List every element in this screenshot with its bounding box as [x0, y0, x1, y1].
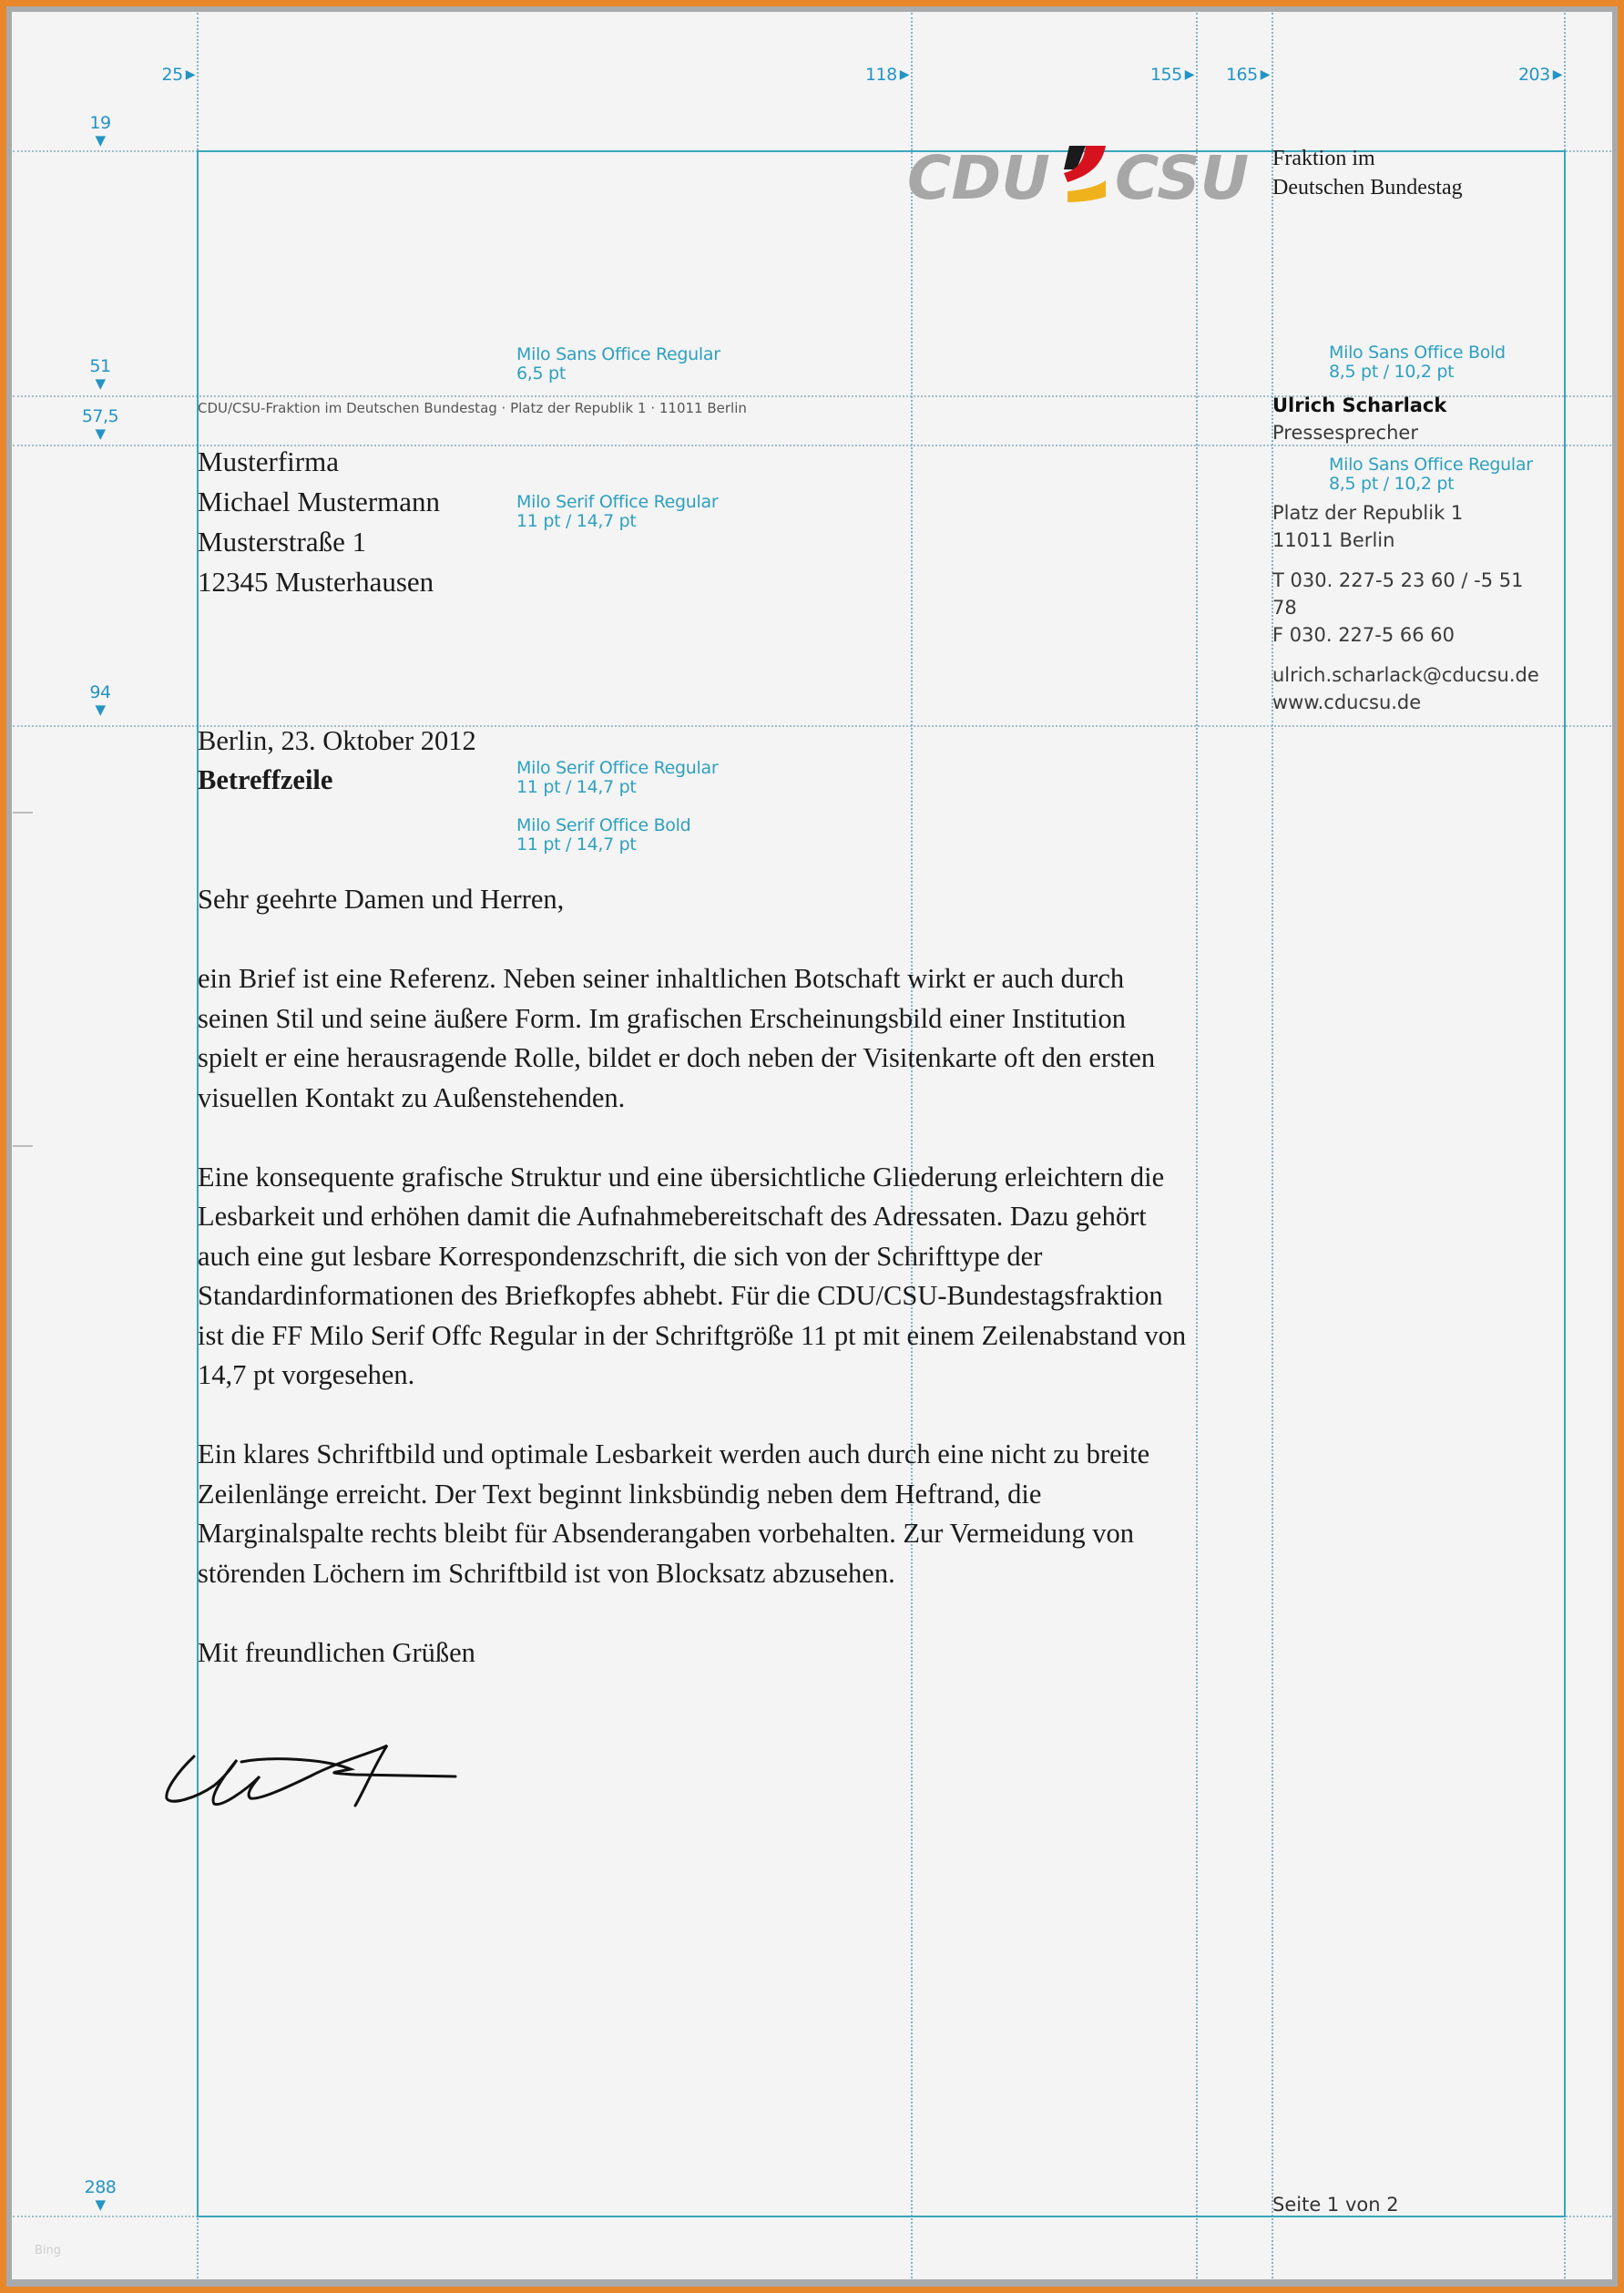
sender-return-address: CDU/CSU-Fraktion im Deutschen Bundestag …: [198, 400, 747, 416]
sender-name: Ulrich Scharlack: [1272, 392, 1546, 419]
recipient-name: Michael Mustermann: [198, 482, 440, 522]
logo-csu-text: CSU: [1115, 144, 1249, 208]
fold-mark-1: [13, 812, 33, 814]
recipient-company: Musterfirma: [198, 442, 440, 482]
ruler-label-165: 165▶: [1199, 67, 1270, 84]
fold-mark-2: [13, 1145, 33, 1147]
closing: Mit freundlichen Grüßen: [198, 1633, 1190, 1674]
ruler-label-155: 155▶: [1123, 67, 1194, 84]
ruler-label-94: 94▼: [73, 684, 128, 717]
body-paragraph-1: ein Brief ist eine Referenz. Neben seine…: [198, 959, 1190, 1118]
arrow-down-icon: ▼: [73, 134, 128, 148]
recipient-street: Musterstraße 1: [198, 522, 440, 562]
body-paragraph-3: Ein klares Schriftbild und optimale Lesb…: [198, 1435, 1190, 1593]
arrow-down-icon: ▼: [73, 377, 128, 391]
ruler-label-288: 288▼: [73, 2179, 128, 2212]
sender-role: Pressesprecher: [1272, 419, 1546, 446]
sender-email[interactable]: ulrich.scharlack@cducsu.de: [1272, 661, 1546, 689]
signature: [159, 1740, 469, 1822]
ruler-label-118: 118▶: [838, 67, 909, 84]
ruler-label-51: 51▼: [73, 358, 128, 391]
arrow-right-icon: ▶: [1261, 68, 1270, 81]
ruler-label-203: 203▶: [1491, 67, 1562, 84]
sender-sidebar: Ulrich Scharlack Pressesprecher Platz de…: [1272, 392, 1546, 716]
sender-website[interactable]: www.cducsu.de: [1272, 689, 1546, 716]
salutation: Sehr geehrte Damen und Herren,: [198, 880, 1190, 920]
ruler-label-57-5: 57,5▼: [73, 408, 128, 441]
page-number: Seite 1 von 2: [1272, 2194, 1399, 2216]
sender-address-line1: Platz der Republik 1: [1272, 499, 1546, 527]
annotation-name-font: Milo Sans Office Bold 8,5 pt / 10,2 pt: [1329, 343, 1506, 382]
arrow-right-icon: ▶: [186, 68, 195, 81]
ruler-label-19: 19▼: [73, 115, 128, 148]
recipient-address: Musterfirma Michael Mustermann Musterstr…: [198, 442, 440, 602]
arrow-down-icon: ▼: [73, 427, 128, 441]
arrow-right-icon: ▶: [1185, 68, 1194, 81]
letter-date: Berlin, 23. Oktober 2012: [198, 722, 476, 761]
arrow-right-icon: ▶: [1553, 68, 1562, 81]
flag-stripe-gold: [1067, 180, 1106, 202]
fraktion-heading: Fraktion im Deutschen Bundestag: [1272, 144, 1463, 202]
letter-subject: Betreffzeile: [198, 761, 332, 800]
sender-fax: F 030. 227-5 66 60: [1272, 621, 1546, 649]
arrow-right-icon: ▶: [900, 68, 909, 81]
annotation-sender-font: Milo Sans Office Regular 6,5 pt: [516, 345, 720, 384]
body-paragraph-2: Eine konsequente grafische Struktur und …: [198, 1158, 1190, 1396]
sender-phone: T 030. 227-5 23 60 / -5 51 78: [1272, 567, 1546, 621]
annotation-recipient-font: Milo Serif Office Regular 11 pt / 14,7 p…: [516, 493, 718, 531]
arrow-down-icon: ▼: [73, 2198, 128, 2212]
cdu-csu-logo: CDU CSU: [907, 144, 1255, 208]
sender-address-line2: 11011 Berlin: [1272, 527, 1546, 554]
arrow-down-icon: ▼: [73, 703, 128, 717]
recipient-city: 12345 Musterhausen: [198, 562, 440, 602]
letter-body: Sehr geehrte Damen und Herren, ein Brief…: [198, 880, 1190, 1713]
ruler-label-25: 25▶: [137, 67, 195, 84]
watermark: Bing: [35, 2244, 61, 2257]
signature-stroke-2: [241, 1759, 455, 1776]
annotation-date-font: Milo Serif Office Regular 11 pt / 14,7 p…: [516, 759, 718, 797]
annotation-subject-font: Milo Serif Office Bold 11 pt / 14,7 pt: [516, 816, 690, 855]
logo-cdu-text: CDU: [907, 144, 1050, 208]
